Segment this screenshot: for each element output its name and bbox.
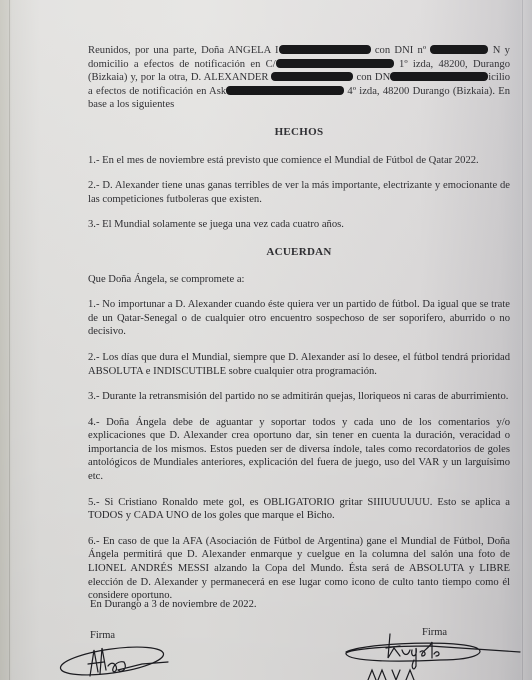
intro-text: con — [353, 72, 371, 83]
acuerdan-intro: Que Doña Ángela, se compromete a: — [88, 273, 510, 287]
redaction — [430, 45, 488, 54]
acuerdo-item: 6.- En caso de que la AFA (Asociación de… — [88, 535, 510, 603]
hecho-item: 1.- En el mes de noviembre está previsto… — [88, 154, 510, 168]
acuerdo-item: 2.- Los días que dura el Mundial, siempr… — [88, 351, 510, 378]
intro-text: DN — [375, 72, 390, 83]
date-line: En Durango a 3 de noviembre de 2022. — [90, 599, 257, 610]
intro-text: 1º izda, — [399, 59, 433, 70]
intro-paragraph: Reunidos, por una parte, Doña ANGELA I c… — [88, 44, 510, 112]
hecho-item: 3.- El Mundial solamente se juega una ve… — [88, 218, 510, 232]
acuerdo-item: 3.- Durante la retransmisión del partido… — [88, 390, 510, 404]
acuerdo-item: 5.- Si Cristiano Ronaldo mete gol, es OB… — [88, 496, 510, 523]
intro-text: con DNI nº — [371, 45, 431, 56]
acuerdo-item: 1.- No importunar a D. Alexander cuando … — [88, 298, 510, 339]
redaction — [390, 72, 488, 81]
hecho-item: 2.- D. Alexander tiene unas ganas terrib… — [88, 179, 510, 206]
redaction — [226, 86, 344, 95]
paper-edge-right — [522, 0, 523, 680]
acuerdan-heading: ACUERDAN — [88, 246, 510, 260]
intro-text: Reunidos, por una parte, Doña ANGELA I — [88, 45, 279, 56]
redaction — [276, 59, 394, 68]
hechos-heading: HECHOS — [88, 126, 510, 140]
paper-edge-left — [9, 0, 10, 680]
signature-alexander — [58, 640, 178, 680]
redaction — [279, 45, 371, 54]
contract-document: Reunidos, por una parte, Doña ANGELA I c… — [88, 44, 510, 603]
redaction — [271, 72, 353, 81]
signature-angela — [340, 630, 532, 680]
acuerdo-item: 4.- Doña Ángela debe de aguantar y sopor… — [88, 416, 510, 484]
